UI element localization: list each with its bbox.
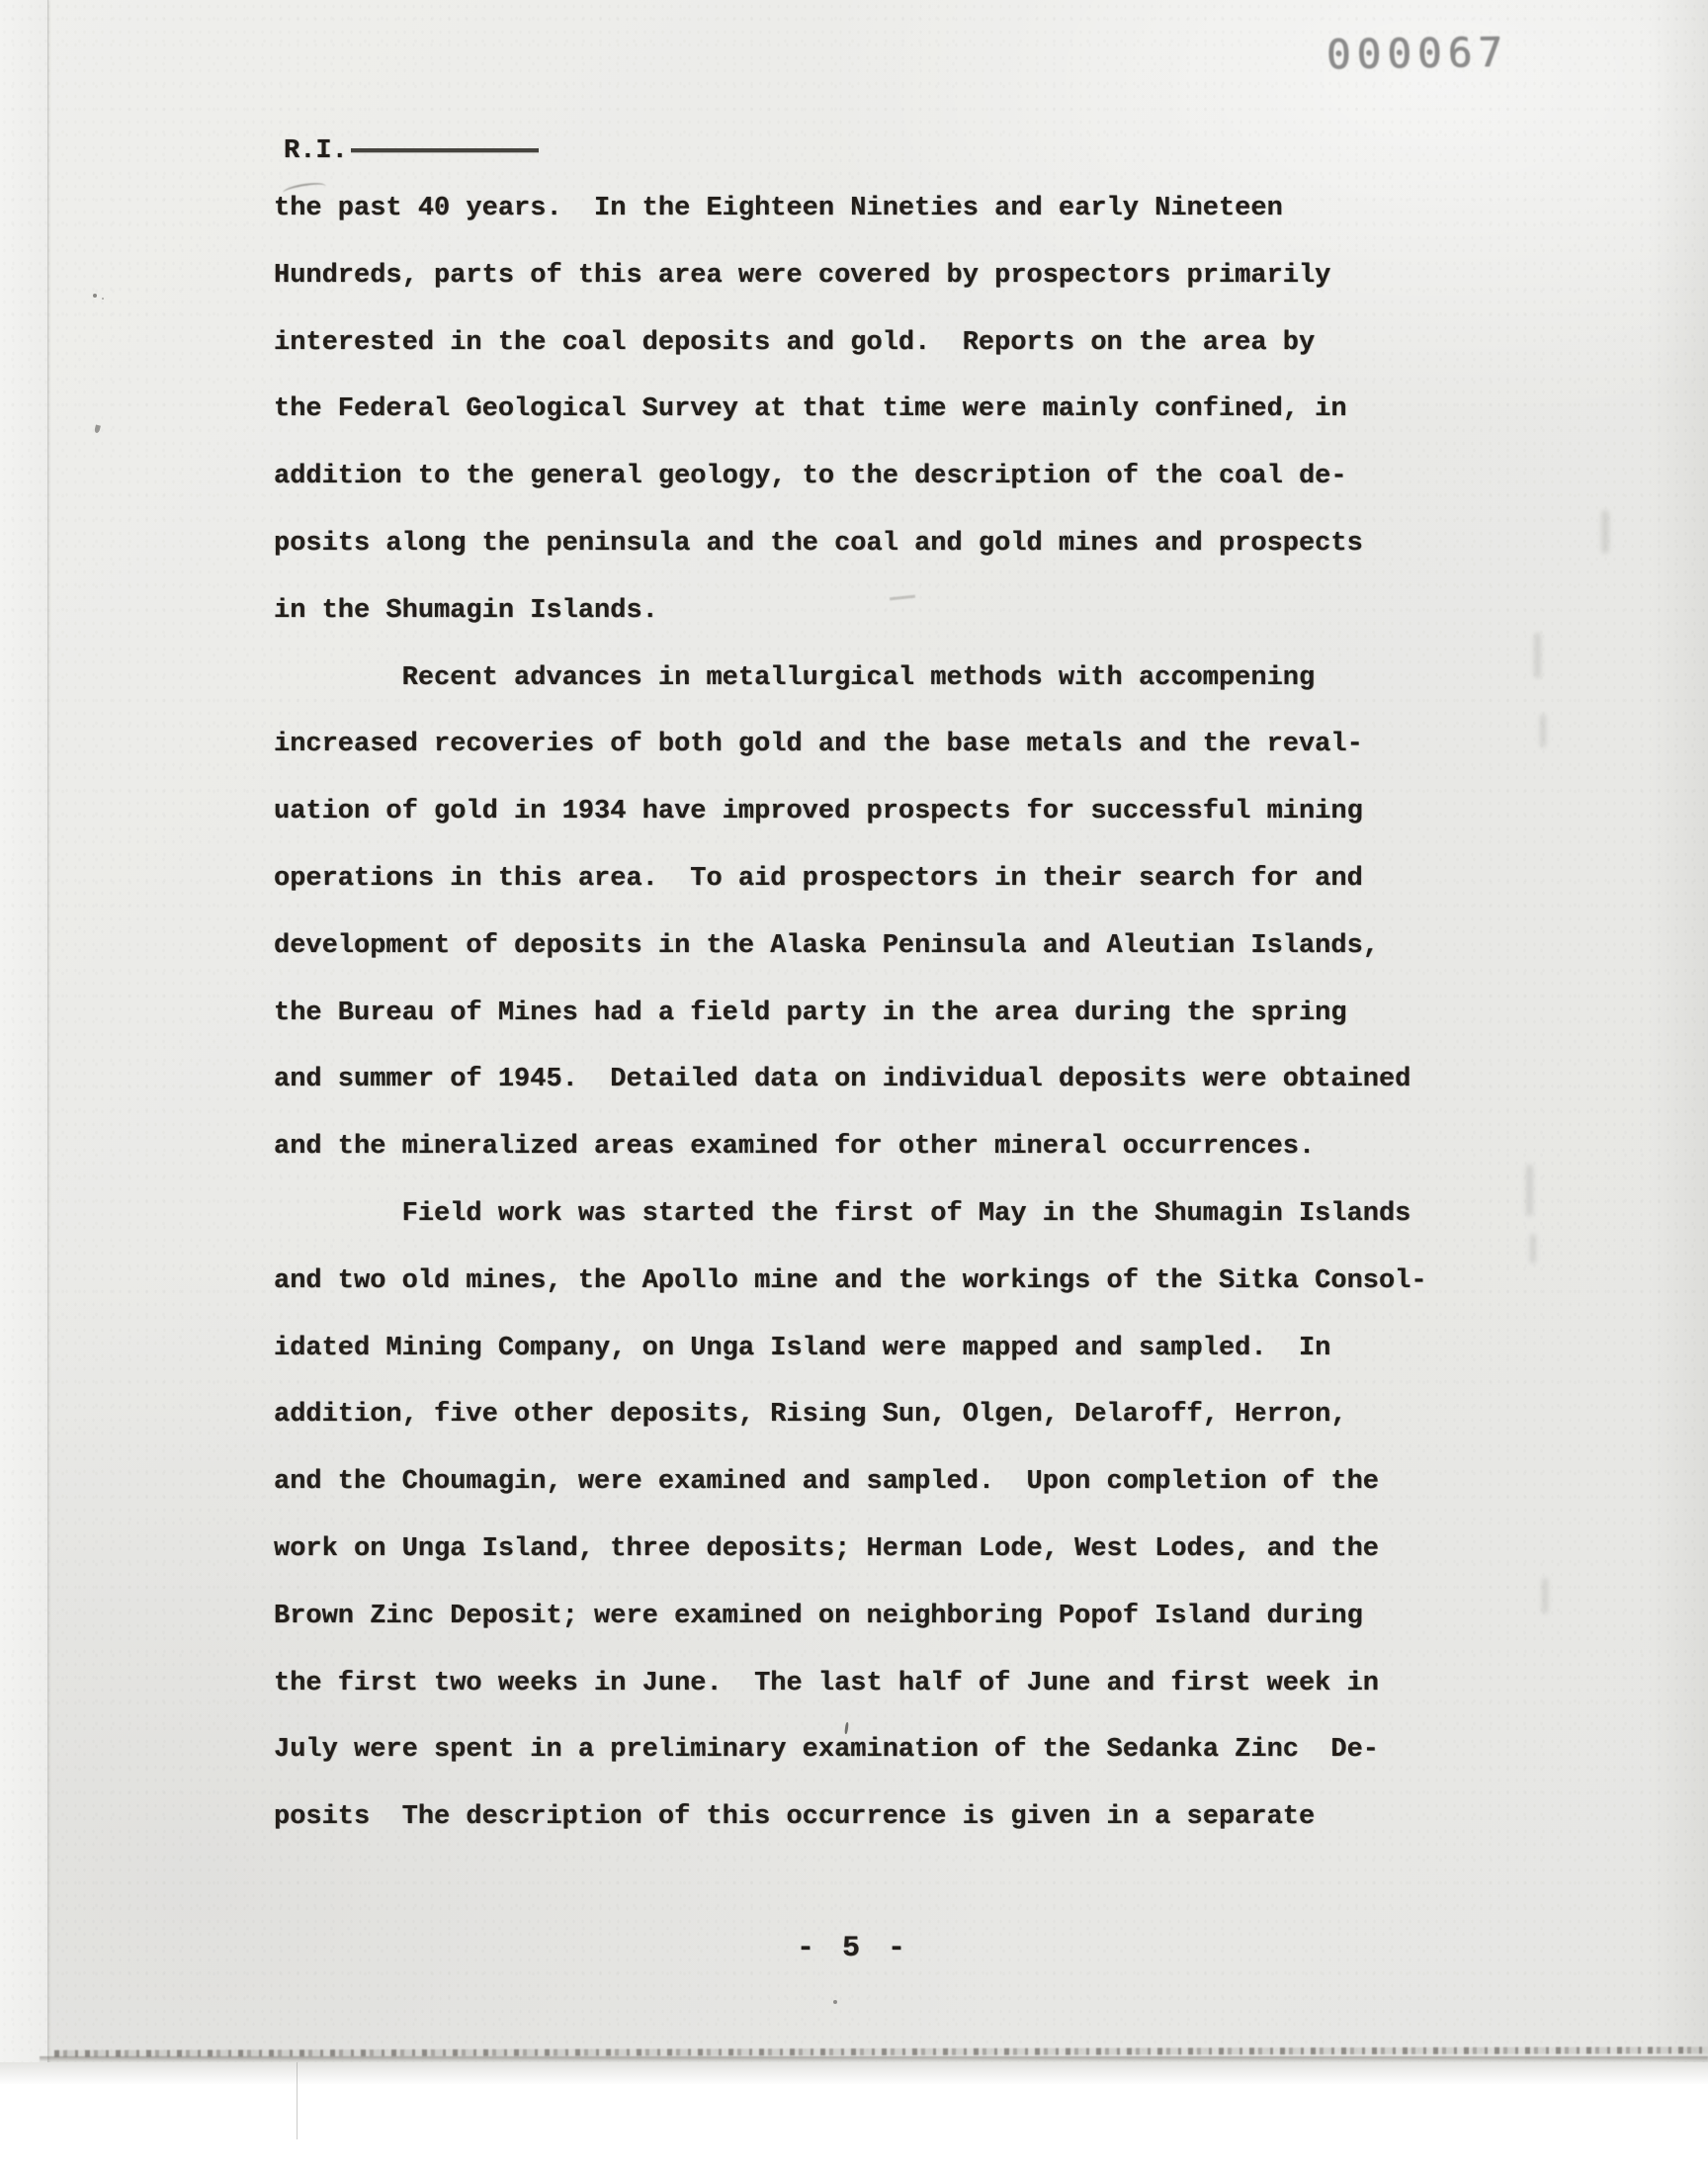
typed-line: idated Mining Company, on Unga Island we…	[274, 1316, 1427, 1383]
typed-line: and summer of 1945. Detailed data on ind…	[274, 1047, 1427, 1114]
typed-line: increased recoveries of both gold and th…	[274, 712, 1427, 779]
typed-line: Brown Zinc Deposit; were examined on nei…	[274, 1584, 1427, 1651]
typed-text: the past 40 years. In the Eighteen Ninet…	[274, 176, 1427, 1852]
report-id-blank-line	[351, 148, 539, 152]
typed-line: the first two weeks in June. The last ha…	[274, 1651, 1427, 1718]
typed-line: addition to the general geology, to the …	[274, 444, 1427, 511]
typed-line: posits along the peninsula and the coal …	[274, 511, 1427, 578]
typed-line: and the Choumagin, were examined and sam…	[274, 1449, 1427, 1517]
typed-line: development of deposits in the Alaska Pe…	[274, 913, 1427, 981]
scanned-document-screenshot: { "colors": { "ink": "#26231f", "paper":…	[0, 0, 1708, 2175]
typed-line: and two old mines, the Apollo mine and t…	[274, 1249, 1427, 1316]
typed-line: operations in this area. To aid prospect…	[274, 846, 1427, 913]
stamp-number: 000067	[1326, 29, 1509, 79]
typed-line: and the mineralized areas examined for o…	[274, 1114, 1427, 1181]
report-id-label: R.I.	[284, 136, 348, 166]
typed-line: uation of gold in 1934 have improved pro…	[274, 779, 1427, 846]
page-number: - 5 -	[797, 1932, 910, 1965]
typed-line: posits The description of this occurrenc…	[274, 1784, 1427, 1852]
typed-line: interested in the coal deposits and gold…	[274, 310, 1427, 378]
page-right-shading	[1649, 0, 1708, 2068]
typed-line: the past 40 years. In the Eighteen Ninet…	[274, 176, 1427, 243]
report-id-row: R.I.	[284, 136, 539, 166]
typed-line: work on Unga Island, three deposits; Her…	[274, 1517, 1427, 1584]
typed-line: Recent advances in metallurgical methods…	[274, 646, 1427, 713]
typed-line: the Federal Geological Survey at that ti…	[274, 377, 1427, 444]
typed-line: the Bureau of Mines had a field party in…	[274, 981, 1427, 1048]
page-left-edge	[0, 0, 48, 2068]
page-bottom-fade	[0, 2062, 1708, 2084]
typed-line: Field work was started the first of May …	[274, 1181, 1427, 1249]
typed-line: in the Shumagin Islands.	[274, 578, 1427, 646]
typed-line: addition, five other deposits, Rising Su…	[274, 1382, 1427, 1449]
scan-artifact-line	[297, 2062, 298, 2139]
typed-line: Hundreds, parts of this area were covere…	[274, 243, 1427, 310]
typed-line: July were spent in a preliminary examina…	[274, 1717, 1427, 1784]
